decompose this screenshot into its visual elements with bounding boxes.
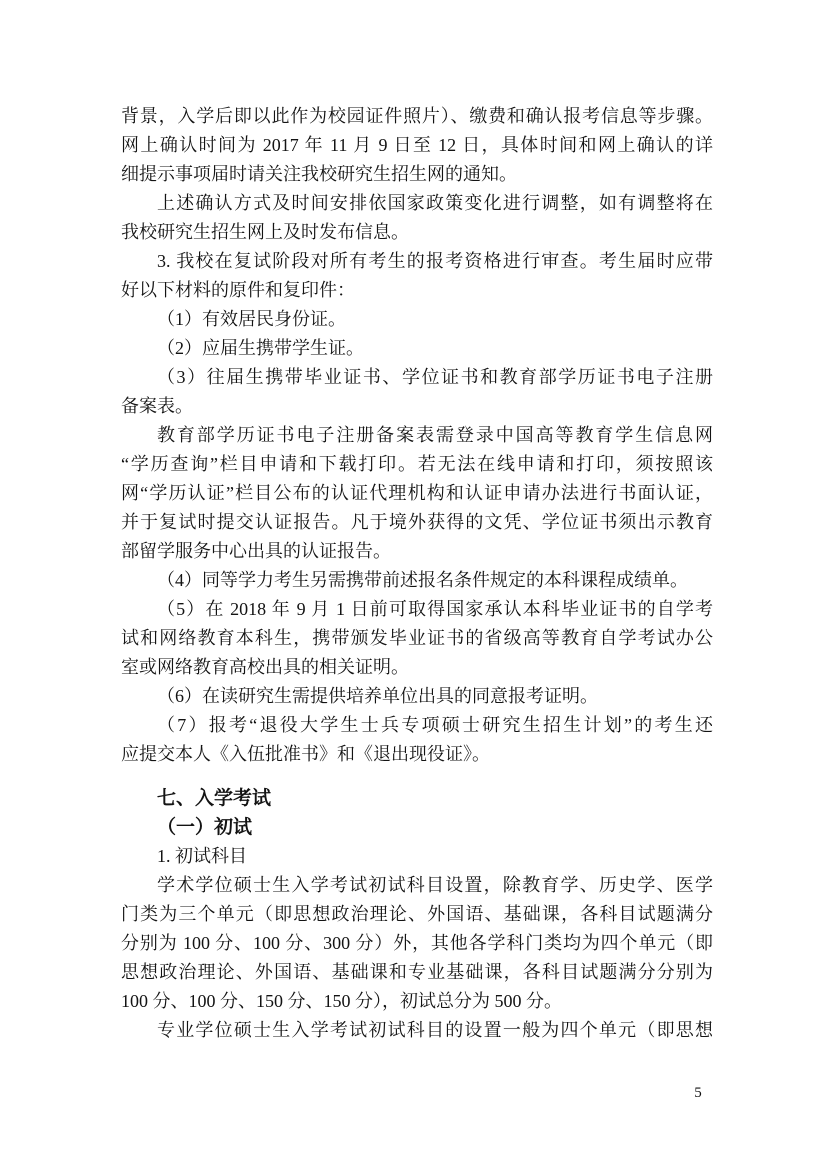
list-item-line: （1）有效居民身份证。	[121, 305, 713, 334]
list-item-line: （7）报考“退役大学生士兵专项硕士研究生招生计划”的考生还	[121, 711, 713, 740]
page-number: 5	[668, 1081, 728, 1105]
body-line: 细提示事项届时请关注我校研究生招生网的通知。	[121, 160, 713, 189]
list-item-line: （5）在 2018 年 9 月 1 日前可取得国家承认本科毕业证书的自学考	[121, 595, 713, 624]
section-heading-entrance-exam: 七、入学考试	[121, 784, 713, 813]
body-line: 室或网络教育高校出具的相关证明。	[121, 653, 713, 682]
body-line: 好以下材料的原件和复印件：	[121, 276, 713, 305]
body-line: 100 分、100 分、150 分、150 分），初试总分为 500 分。	[121, 987, 713, 1016]
body-line: 我校研究生招生网上及时发布信息。	[121, 218, 713, 247]
body-line: 学术学位硕士生入学考试初试科目设置，除教育学、历史学、医学	[121, 871, 713, 900]
body-line: 专业学位硕士生入学考试初试科目的设置一般为四个单元（即思想	[121, 1016, 713, 1045]
body-line: 上述确认方式及时间安排依国家政策变化进行调整，如有调整将在	[121, 189, 713, 218]
body-line: 教育部学历证书电子注册备案表需登录中国高等教育学生信息网	[121, 421, 713, 450]
list-item-line: （6）在读研究生需提供培养单位出具的同意报考证明。	[121, 682, 713, 711]
body-line: “学历查询”栏目申请和下载打印。若无法在线申请和打印，须按照该	[121, 450, 713, 479]
numbered-heading-exam-subjects: 1. 初试科目	[121, 842, 713, 871]
body-line: 背景，入学后即以此作为校园证件照片）、缴费和确认报考信息等步骤。	[121, 102, 713, 131]
body-line: 备案表。	[121, 392, 713, 421]
body-line: 3. 我校在复试阶段对所有考生的报考资格进行审查。考生届时应带	[121, 247, 713, 276]
list-item-line: （4）同等学力考生另需携带前述报名条件规定的本科课程成绩单。	[121, 566, 713, 595]
body-line: 分别为 100 分、100 分、300 分）外，其他各学科门类均为四个单元（即	[121, 929, 713, 958]
subsection-heading-first-exam: （一）初试	[121, 813, 713, 842]
body-line: 试和网络教育本科生，携带颁发毕业证书的省级高等教育自学考试办公	[121, 624, 713, 653]
body-line: 部留学服务中心出具的认证报告。	[121, 537, 713, 566]
list-item-line: （3）往届生携带毕业证书、学位证书和教育部学历证书电子注册	[121, 363, 713, 392]
body-line: 应提交本人《入伍批准书》和《退出现役证》。	[121, 740, 713, 769]
document-page: 背景，入学后即以此作为校园证件照片）、缴费和确认报考信息等步骤。 网上确认时间为…	[0, 0, 828, 1170]
body-line: 网上确认时间为 2017 年 11 月 9 日至 12 日，具体时间和网上确认的…	[121, 131, 713, 160]
body-line: 门类为三个单元（即思想政治理论、外国语、基础课，各科目试题满分	[121, 900, 713, 929]
text-block: 背景，入学后即以此作为校园证件照片）、缴费和确认报考信息等步骤。 网上确认时间为…	[121, 102, 713, 1045]
list-item-line: （2）应届生携带学生证。	[121, 334, 713, 363]
body-line: 网“学历认证”栏目公布的认证代理机构和认证申请办法进行书面认证，	[121, 479, 713, 508]
body-line: 思想政治理论、外国语、基础课和专业基础课，各科目试题满分分别为	[121, 958, 713, 987]
body-line: 并于复试时提交认证报告。凡于境外获得的文凭、学位证书须出示教育	[121, 508, 713, 537]
